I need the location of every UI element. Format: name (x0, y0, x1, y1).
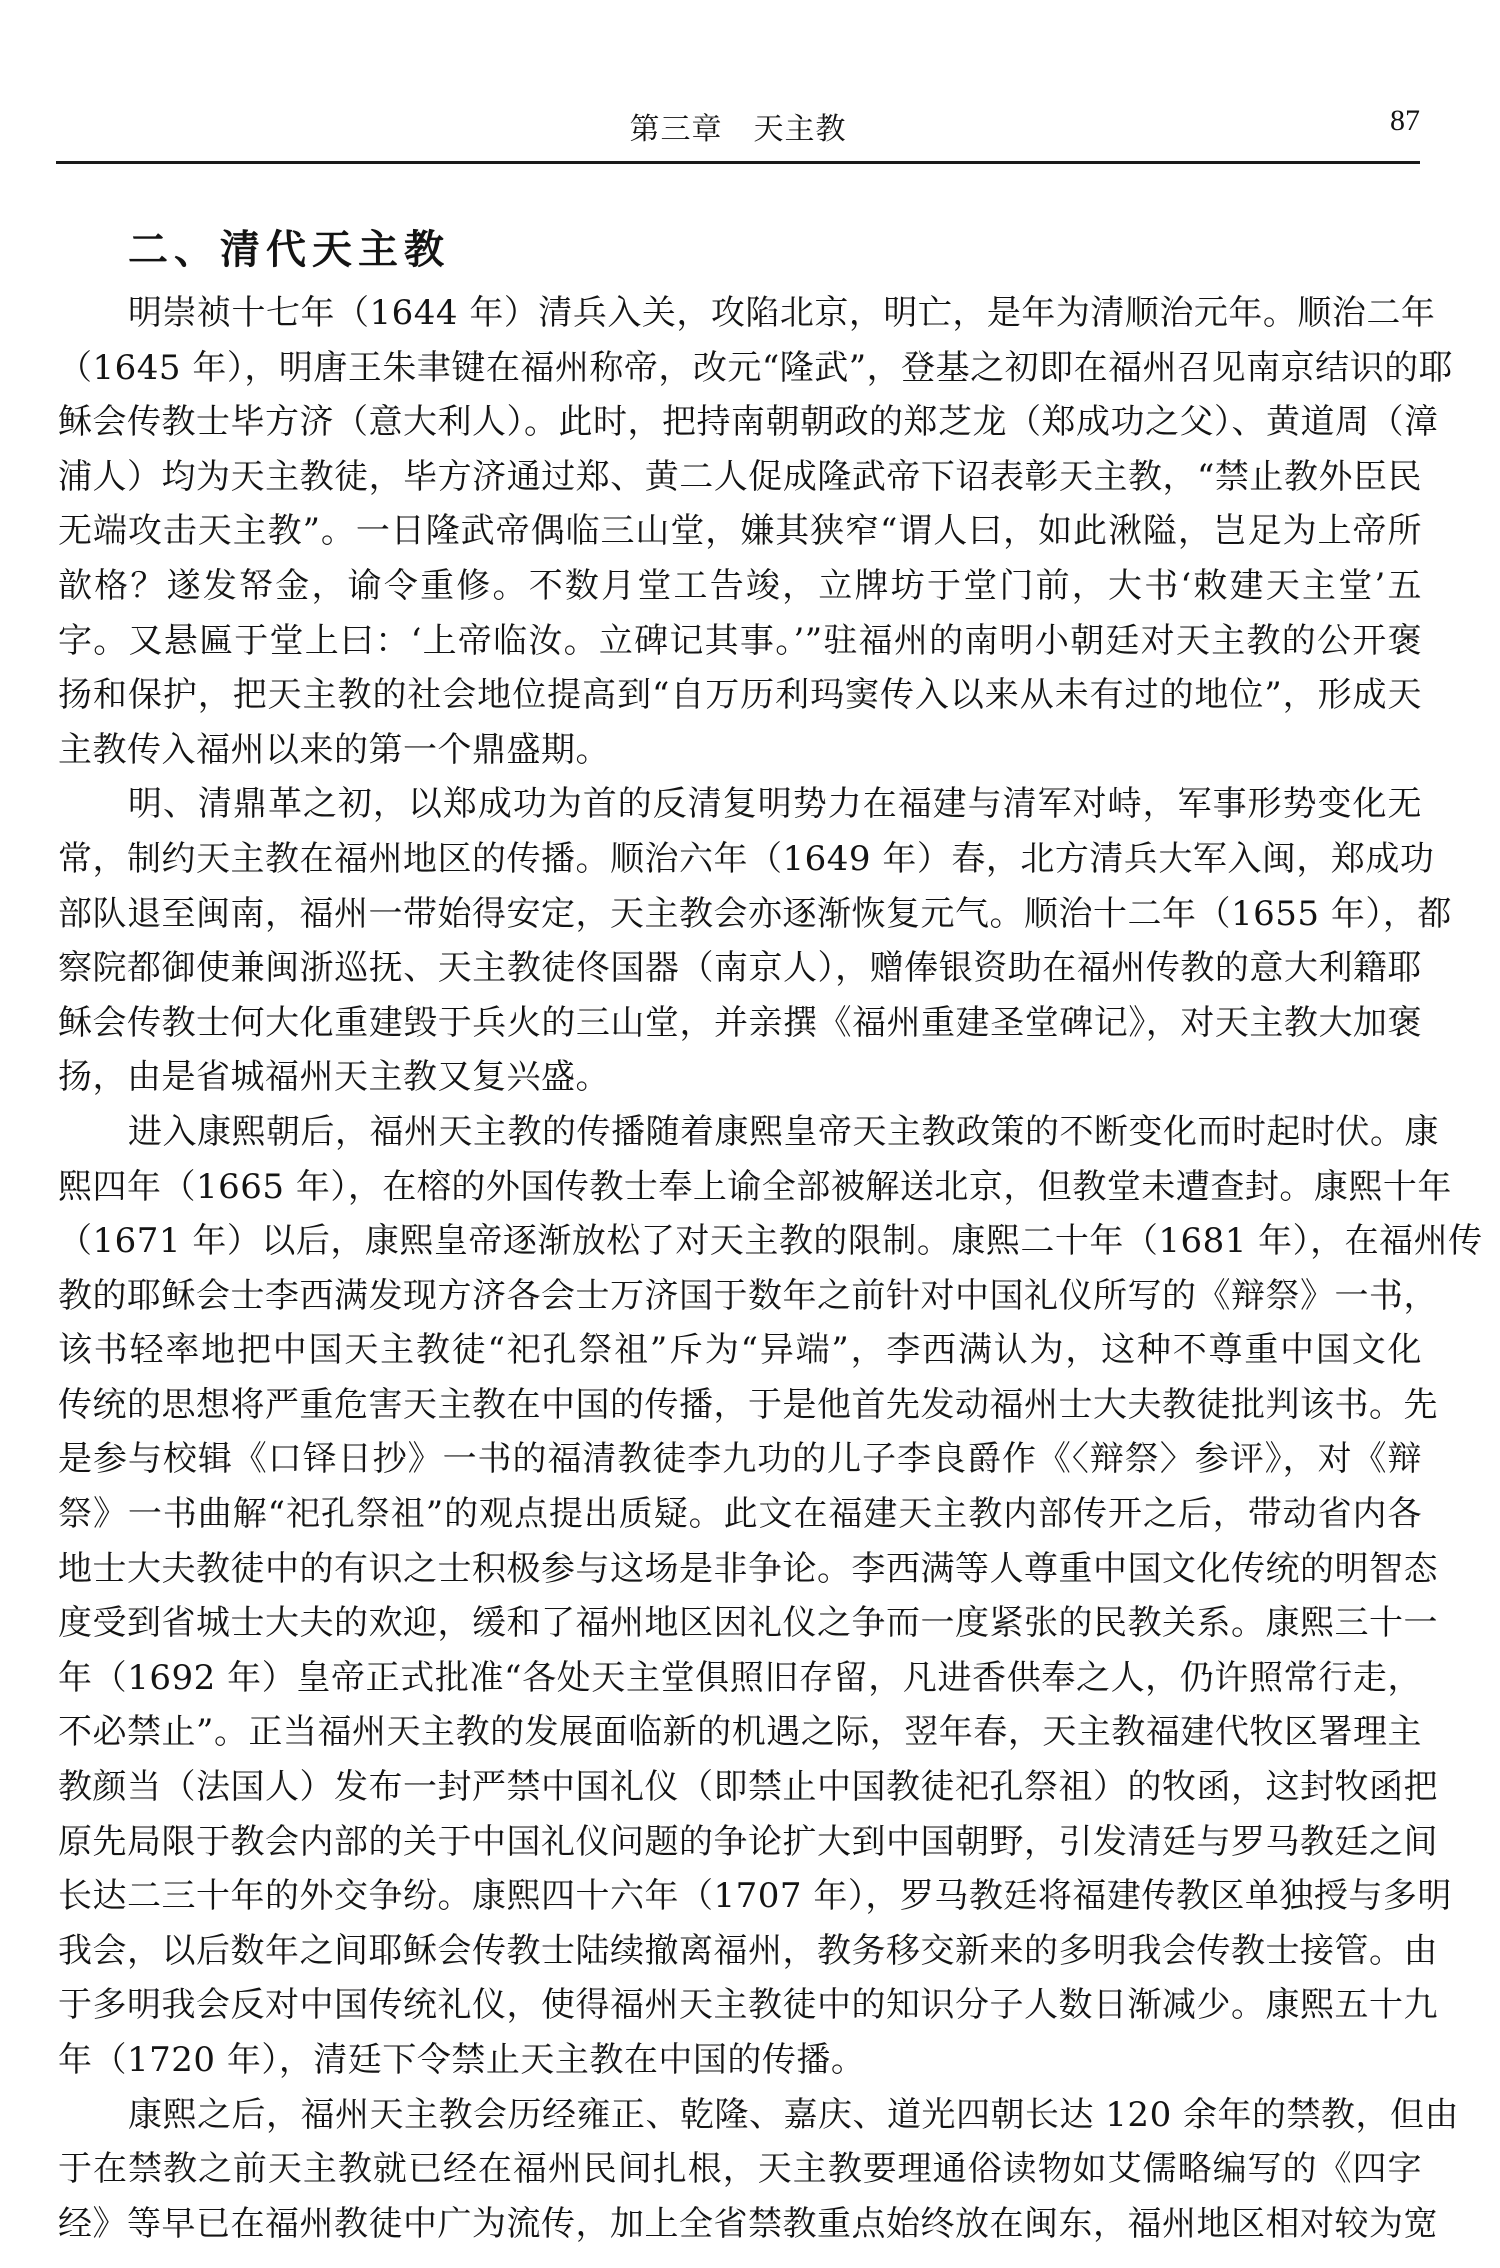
text-line: 原先局限于教会内部的关于中国礼仪问题的争论扩大到中国朝野，引发清廷与罗马教廷之间 (58, 1815, 1422, 1870)
text-line: 教颜当（法国人）发布一封严禁中国礼仪（即禁止中国教徒祀孔祭祖）的牧函，这封牧函把 (58, 1760, 1422, 1815)
text-line: 年（1720 年），清廷下令禁止天主教在中国的传播。 (58, 2033, 1422, 2088)
text-line: 无端攻击天主教”。一日隆武帝偶临三山堂，嫌其狭窄“谓人曰，如此湫隘，岂足为上帝所 (58, 504, 1422, 559)
text-line: 我会，以后数年之间耶稣会传教士陆续撤离福州，教务移交新来的多明我会传教士接管。由 (58, 1924, 1422, 1979)
paragraph-3: 进入康熙朝后，福州天主教的传播随着康熙皇帝天主教政策的不断变化而时起时伏。康 熙… (58, 1105, 1422, 2088)
text-line: 度受到省城士大夫的欢迎，缓和了福州地区因礼仪之争而一度紧张的民教关系。康熙三十一 (58, 1596, 1422, 1651)
text-line: 扬和保护，把天主教的社会地位提高到“自万历利玛窦传入以来从未有过的地位”，形成天 (58, 668, 1422, 723)
text-line: 于多明我会反对中国传统礼仪，使得福州天主教徒中的知识分子人数日渐减少。康熙五十九 (58, 1978, 1422, 2033)
text-line: 年（1692 年）皇帝正式批准“各处天主堂俱照旧存留，凡进香供奉之人，仍许照常行… (58, 1651, 1422, 1706)
text-line: 经》等早已在福州教徒中广为流传，加上全省禁教重点始终放在闽东，福州地区相对较为宽 (58, 2197, 1422, 2252)
page-number: 87 (1390, 104, 1420, 138)
text-line: 明、清鼎革之初，以郑成功为首的反清复明势力在福建与清军对峙，军事形势变化无 (58, 777, 1422, 832)
text-line: 明崇祯十七年（1644 年）清兵入关，攻陷北京，明亡，是年为清顺治元年。顺治二年 (58, 286, 1422, 341)
text-line: 扬，由是省城福州天主教又复兴盛。 (58, 1050, 1422, 1105)
text-line: 察院都御使兼闽浙巡抚、天主教徒佟国器（南京人），赠俸银资助在福州传教的意大利籍耶 (58, 941, 1422, 996)
text-line: 传统的思想将严重危害天主教在中国的传播，于是他首先发动福州士大夫教徒批判该书。先 (58, 1378, 1422, 1433)
text-line: 熙四年（1665 年），在榕的外国传教士奉上谕全部被解送北京，但教堂未遭查封。康… (58, 1160, 1422, 1215)
text-line: 是参与校辑《口铎日抄》一书的福清教徒李九功的儿子李良爵作《〈辩祭〉参评》，对《辩 (58, 1432, 1422, 1487)
chapter-title: 第三章 天主教 (56, 104, 1420, 148)
text-line: 主教传入福州以来的第一个鼎盛期。 (58, 723, 1422, 778)
text-line: 康熙之后，福州天主教会历经雍正、乾隆、嘉庆、道光四朝长达 120 余年的禁教，但… (58, 2088, 1422, 2143)
text-line: 不必禁止”。正当福州天主教的发展面临新的机遇之际，翌年春，天主教福建代牧区署理主 (58, 1705, 1422, 1760)
text-line: 稣会传教士毕方济（意大利人）。此时，把持南朝朝政的郑芝龙（郑成功之父）、黄道周（… (58, 395, 1422, 450)
paragraph-2: 明、清鼎革之初，以郑成功为首的反清复明势力在福建与清军对峙，军事形势变化无 常，… (58, 777, 1422, 1105)
text-line: 歆格？遂发帑金，谕令重修。不数月堂工告竣，立牌坊于堂门前，大书‘敕建天主堂’五 (58, 559, 1422, 614)
body-text: 明崇祯十七年（1644 年）清兵入关，攻陷北京，明亡，是年为清顺治元年。顺治二年… (58, 286, 1422, 2251)
text-line: （1645 年），明唐王朱聿键在福州称帝，改元“隆武”，登基之初即在福州召见南京… (58, 341, 1422, 396)
text-line: （1671 年）以后，康熙皇帝逐渐放松了对天主教的限制。康熙二十年（1681 年… (58, 1214, 1422, 1269)
text-line: 进入康熙朝后，福州天主教的传播随着康熙皇帝天主教政策的不断变化而时起时伏。康 (58, 1105, 1422, 1160)
text-line: 浦人）均为天主教徒，毕方济通过郑、黄二人促成隆武帝下诏表彰天主教，“禁止教外臣民 (58, 450, 1422, 505)
header-rule (56, 161, 1420, 164)
running-header: 第三章 天主教 87 (56, 104, 1420, 154)
text-line: 稣会传教士何大化重建毁于兵火的三山堂，并亲撰《福州重建圣堂碑记》，对天主教大加褒 (58, 996, 1422, 1051)
text-line: 该书轻率地把中国天主教徒“祀孔祭祖”斥为“异端”，李西满认为，这种不尊重中国文化 (58, 1323, 1422, 1378)
paragraph-4: 康熙之后，福州天主教会历经雍正、乾隆、嘉庆、道光四朝长达 120 余年的禁教，但… (58, 2088, 1422, 2252)
paragraph-1: 明崇祯十七年（1644 年）清兵入关，攻陷北京，明亡，是年为清顺治元年。顺治二年… (58, 286, 1422, 777)
text-line: 祭》一书曲解“祀孔祭祖”的观点提出质疑。此文在福建天主教内部传开之后，带动省内各 (58, 1487, 1422, 1542)
section-heading: 二、清代天主教 (128, 218, 450, 275)
text-line: 教的耶稣会士李西满发现方济各会士万济国于数年之前针对中国礼仪所写的《辩祭》一书， (58, 1269, 1422, 1324)
text-line: 于在禁教之前天主教就已经在福州民间扎根，天主教要理通俗读物如艾儒略编写的《四字 (58, 2142, 1422, 2197)
text-line: 部队退至闽南，福州一带始得安定，天主教会亦逐渐恢复元气。顺治十二年（1655 年… (58, 887, 1422, 942)
text-line: 常，制约天主教在福州地区的传播。顺治六年（1649 年）春，北方清兵大军入闽，郑… (58, 832, 1422, 887)
text-line: 长达二三十年的外交争纷。康熙四十六年（1707 年），罗马教廷将福建传教区单独授… (58, 1869, 1422, 1924)
text-line: 字。又悬匾于堂上曰：‘上帝临汝。立碑记其事。’”驻福州的南明小朝廷对天主教的公开… (58, 614, 1422, 669)
text-line: 地士大夫教徒中的有识之士积极参与这场是非争论。李西满等人尊重中国文化传统的明智态 (58, 1542, 1422, 1597)
